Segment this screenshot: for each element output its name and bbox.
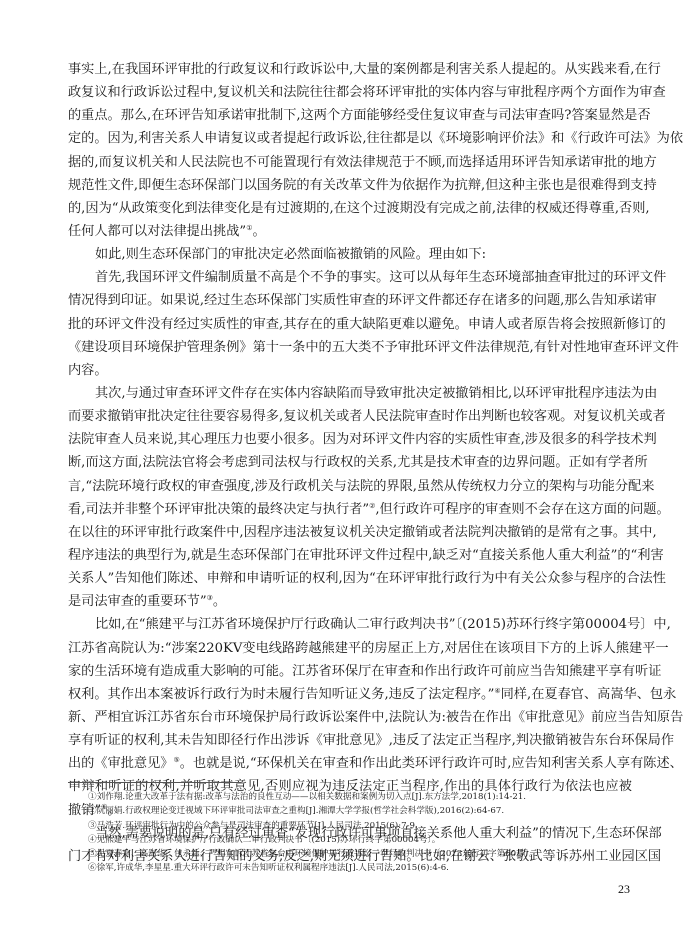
line-text: 权利。其作出本案被诉行政行为时未履行告知听证义务,违反了法定程序。” bbox=[68, 687, 494, 702]
body-text: 事实上,在我国环评审批的行政复议和行政诉讼中,大量的案例都是利害关系人提起的。从… bbox=[68, 58, 632, 868]
line-text: 断,而这方面,法院法官将会考虑到司法权与行政权的关系,尤其是技术审查的边界问题。… bbox=[68, 455, 648, 470]
footnote-item: ④见熊建平与江苏省环境保护厅行政确认二审行政判决书〔(2015)苏环行终字第00… bbox=[88, 833, 648, 847]
footnote-item: ③马浩芳.环评审批行为中的公众参与是司法审查的重要环节[J].人民司法,2015… bbox=[88, 819, 648, 833]
line-tail: ,但行政许可程序的审查则不会存在这方面的问题。 bbox=[375, 502, 669, 517]
line-text: 新、严相宜诉江苏省东台市环境保护局行政诉讼案件中,法院认为:被告在作出《审批意见… bbox=[68, 710, 683, 725]
text-line: 在以往的环评审批行政案件中,因程序违法被复议机关决定撤销或者法院判决撤销的是常有… bbox=[68, 521, 632, 544]
line-text: 任何人都可以对法律提出挑战” bbox=[68, 224, 246, 239]
line-text: 政复议和行政诉讼过程中,复议机关和法院往往都会将环评审批的实体内容与审批程序两个… bbox=[68, 85, 666, 100]
line-text: 出的《审批意见》 bbox=[68, 756, 174, 771]
text-line: 的重点。那么,在环评告知承诺审批制下,这两个方面能够经受住复议审查与司法审查吗?… bbox=[68, 104, 632, 127]
text-line: 新、严相宜诉江苏省东台市环境保护局行政诉讼案件中,法院认为:被告在作出《审批意见… bbox=[68, 706, 632, 729]
footnote-item: ⑥徐军,许成华,李星星.重大环评行政许可未告知听证权利属程序违法[J].人民司法… bbox=[88, 861, 648, 875]
text-line: 看,司法并非整个环评审批决策的最终决定与执行者”②,但行政许可程序的审查则不会存… bbox=[68, 498, 632, 521]
text-line: 如此,则生态环保部门的审批决定必然面临被撤销的风险。理由如下: bbox=[68, 243, 632, 266]
text-line: 江苏省高院认为:“涉案220KV变电线路跨越熊建平的房屋正上方,对居住在该项目下… bbox=[68, 637, 632, 660]
text-line: 家的生活环境有造成重大影响的可能。江苏省环保厅在审查和作出行政许可前应当告知熊建… bbox=[68, 660, 632, 683]
line-text: 江苏省高院认为:“涉案220KV变电线路跨越熊建平的房屋正上方,对居住在该项目下… bbox=[68, 641, 669, 656]
text-line: 权利。其作出本案被诉行政行为时未履行告知听证义务,违反了法定程序。”④同样,在夏… bbox=[68, 683, 632, 706]
line-text: 《建设项目环境保护管理条例》第十一条中的五大类不予审批环评文件法律规范,有针对性… bbox=[68, 340, 679, 355]
text-line: 批的环评文件没有经过实质性的审查,其存在的重大缺陷更难以避免。申请人或者原告将会… bbox=[68, 313, 632, 336]
line-text: 看,司法并非整个环评审批决策的最终决定与执行者” bbox=[68, 502, 369, 517]
line-text: 程序违法的典型行为,就是生态环保部门在审批环评文件过程中,缺乏对“直接关系他人重… bbox=[68, 548, 664, 563]
text-line: 《建设项目环境保护管理条例》第十一条中的五大类不予审批环评文件法律规范,有针对性… bbox=[68, 336, 632, 359]
text-line: 出的《审批意见》⑤。也就是说,“环保机关在审查和作出此类环评行政许可时,应告知利… bbox=[68, 752, 632, 775]
line-text: 情况得到印证。如果说,经过生态环保部门实质性审查的环评文件都还存在诸多的问题,那… bbox=[68, 293, 657, 308]
line-text: 言,“法院环境行政权的审查强度,涉及行政机关与法院的界限,虽然从传统权力分立的架… bbox=[68, 479, 654, 494]
line-text: 首先,我国环评文件编制质量不高是个不争的事实。这可以从每年生态环境部抽查审批过的… bbox=[95, 270, 666, 285]
footnote-item: ⑤见夏春官、高嵩华、包永新、严相宜诉江苏省东台市环境保护局行政诉讼一审行政判决书… bbox=[88, 847, 648, 861]
footnote-item: ①刘作翔.论重大改革于法有据:改革与法治的良性互动——以相关数据和案例为切入点[… bbox=[88, 790, 648, 804]
line-text: 的,因为“从政策变化到法律变化是有过渡期的,在这个过渡期没有完成之前,法律的权威… bbox=[68, 201, 650, 216]
line-text: 是司法审查的重要环节” bbox=[68, 594, 207, 609]
text-line: 定的。因为,利害关系人申请复议或者提起行政诉讼,往往都是以《环境影响评价法》和《… bbox=[68, 127, 632, 150]
text-line: 规范性文件,即便生态环保部门以国务院的有关改革文件为依据作为抗辩,但这种主张也是… bbox=[68, 174, 632, 197]
line-text: 在以往的环评审批行政案件中,因程序违法被复议机关决定撤销或者法院判决撤销的是常有… bbox=[68, 525, 657, 540]
line-text: 据的,而复议机关和人民法院也不可能置现行有效法律规范于不顾,而选择适用环评告知承… bbox=[68, 155, 657, 170]
line-text: 而要求撤销审批决定往往要容易得多,复议机关或者人民法院审查时作出判断也较客观。对… bbox=[68, 409, 666, 424]
line-text: 内容。 bbox=[68, 363, 108, 378]
text-line: 内容。 bbox=[68, 359, 632, 382]
text-line: 政复议和行政诉讼过程中,复议机关和法院往往都会将环评审批的实体内容与审批程序两个… bbox=[68, 81, 632, 104]
text-line: 是司法审查的重要环节”③。 bbox=[68, 590, 632, 613]
text-line: 首先,我国环评文件编制质量不高是个不争的事实。这可以从每年生态环境部抽查审批过的… bbox=[68, 266, 632, 289]
text-line: 其次,与通过审查环评文件存在实体内容缺陷而导致审批决定被撤销相比,以环评审批程序… bbox=[68, 382, 632, 405]
text-line: 法院审查人员来说,其心理压力也要小很多。因为对环评文件内容的实质性审查,涉及很多… bbox=[68, 428, 632, 451]
line-text: 规范性文件,即便生态环保部门以国务院的有关改革文件为依据作为抗辩,但这种主张也是… bbox=[68, 178, 657, 193]
line-text: 享有听证的权利,其未告知即径行作出涉诉《审批意见》,违反了法定正当程序,判决撤销… bbox=[68, 733, 674, 748]
footnote-item: ②阮丽娟.行政权理论变迁视域下环评审批司法审查之重构[J].湘潭大学学报(哲学社… bbox=[88, 804, 648, 818]
footnotes: ①刘作翔.论重大改革于法有据:改革与法治的良性互动——以相关数据和案例为切入点[… bbox=[88, 790, 648, 876]
text-line: 事实上,在我国环评审批的行政复议和行政诉讼中,大量的案例都是利害关系人提起的。从… bbox=[68, 58, 632, 81]
text-line: 而要求撤销审批决定往往要容易得多,复议机关或者人民法院审查时作出判断也较客观。对… bbox=[68, 405, 632, 428]
line-tail: 。 bbox=[213, 594, 226, 609]
text-line: 关系人”告知他们陈述、申辩和申请听证的权利,因为“在环评审批行政行为中有关公众参… bbox=[68, 567, 632, 590]
document-page: 事实上,在我国环评审批的行政复议和行政诉讼中,大量的案例都是利害关系人提起的。从… bbox=[0, 0, 700, 943]
line-text: 事实上,在我国环评审批的行政复议和行政诉讼中,大量的案例都是利害关系人提起的。从… bbox=[68, 62, 661, 77]
line-text: 如此,则生态环保部门的审批决定必然面临被撤销的风险。理由如下: bbox=[95, 247, 486, 262]
text-line: 情况得到印证。如果说,经过生态环保部门实质性审查的环评文件都还存在诸多的问题,那… bbox=[68, 289, 632, 312]
line-text: 比如,在“熊建平与江苏省环境保护厅行政确认二审行政判决书”〔(2015)苏环行终… bbox=[95, 617, 671, 632]
line-text: 家的生活环境有造成重大影响的可能。江苏省环保厅在审查和作出行政许可前应当告知熊建… bbox=[68, 664, 661, 679]
line-text: 的重点。那么,在环评告知承诺审批制下,这两个方面能够经受住复议审查与司法审查吗?… bbox=[68, 108, 651, 123]
text-line: 比如,在“熊建平与江苏省环境保护厅行政确认二审行政判决书”〔(2015)苏环行终… bbox=[68, 613, 632, 636]
line-tail: 。 bbox=[252, 224, 265, 239]
line-text: 关系人”告知他们陈述、申辩和申请听证的权利,因为“在环评审批行政行为中有关公众参… bbox=[68, 571, 666, 586]
text-line: 程序违法的典型行为,就是生态环保部门在审批环评文件过程中,缺乏对“直接关系他人重… bbox=[68, 544, 632, 567]
text-line: 享有听证的权利,其未告知即径行作出涉诉《审批意见》,违反了法定正当程序,判决撤销… bbox=[68, 729, 632, 752]
text-line: 断,而这方面,法院法官将会考虑到司法权与行政权的关系,尤其是技术审查的边界问题。… bbox=[68, 451, 632, 474]
page-number: 23 bbox=[618, 882, 630, 897]
text-line: 据的,而复议机关和人民法院也不可能置现行有效法律规范于不顾,而选择适用环评告知承… bbox=[68, 151, 632, 174]
line-text: 法院审查人员来说,其心理压力也要小很多。因为对环评文件内容的实质性审查,涉及很多… bbox=[68, 432, 657, 447]
line-text: 批的环评文件没有经过实质性的审查,其存在的重大缺陷更难以避免。申请人或者原告将会… bbox=[68, 317, 666, 332]
line-tail: 同样,在夏春官、高嵩华、包永 bbox=[501, 687, 677, 702]
line-text: 定的。因为,利害关系人申请复议或者提起行政诉讼,往往都是以《环境影响评价法》和《… bbox=[68, 131, 683, 146]
line-text: 其次,与通过审查环评文件存在实体内容缺陷而导致审批决定被撤销相比,以环评审批程序… bbox=[95, 386, 657, 401]
text-line: 的,因为“从政策变化到法律变化是有过渡期的,在这个过渡期没有完成之前,法律的权威… bbox=[68, 197, 632, 220]
text-line: 任何人都可以对法律提出挑战”①。 bbox=[68, 220, 632, 243]
footnote-divider bbox=[68, 782, 241, 783]
line-tail: 。也就是说,“环保机关在审查和作出此类环评行政许可时,应告知利害关系人享有陈述、 bbox=[180, 756, 683, 771]
text-line: 言,“法院环境行政权的审查强度,涉及行政机关与法院的界限,虽然从传统权力分立的架… bbox=[68, 475, 632, 498]
